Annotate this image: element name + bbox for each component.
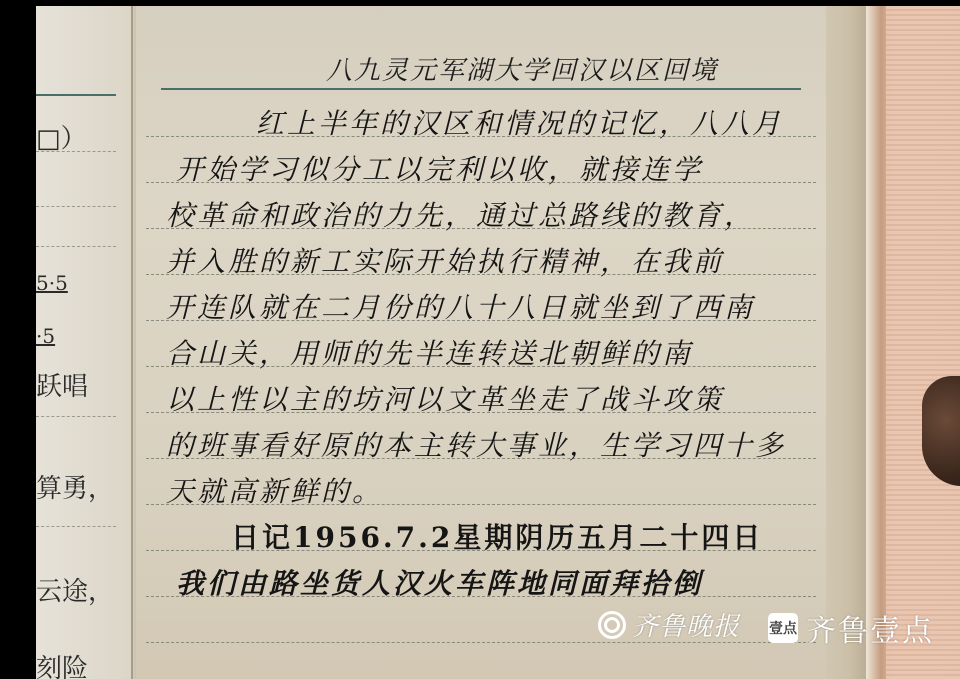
cloth-cover [886, 6, 960, 679]
diary-line: 并入胜的新工实际开始执行精神，在我前 [166, 240, 724, 280]
rule [36, 151, 116, 152]
diary-line: 的班事看好原的本主转大事业，生学习四十多 [166, 424, 786, 464]
left-fragment: 算勇， [36, 468, 114, 505]
diary-line: 校革命和政治的力先，通过总路线的教育， [166, 194, 755, 234]
left-page: □） 5·5 ·5 跃唱 算勇， 云途， 刻险 [36, 6, 133, 679]
diary-date-line: 日记1956.7.2星期阴历五月二十四日 [231, 516, 763, 556]
left-fragment: □） [36, 118, 87, 155]
diary-photo: □） 5·5 ·5 跃唱 算勇， 云途， 刻险 八九灵元军湖大学回汉以区回境 红… [36, 6, 960, 679]
watermark-brand2: 齐鲁壹点 [806, 606, 934, 650]
left-fragment: 云途， [36, 571, 114, 608]
diary-line: 我们由路坐货人汉火车阵地同面拜拾倒 [176, 562, 703, 602]
watermark-qilu-evening-news: 齐鲁晚报 [598, 606, 740, 643]
diary-line: 天就高新鲜的。 [166, 470, 383, 510]
diary-line: 合山关，用师的先半连转送北朝鲜的南 [166, 332, 693, 372]
wavy-rule [161, 76, 801, 90]
rule [36, 246, 116, 247]
wavy-rule [36, 94, 116, 96]
watermark-brand1: 齐鲁晚报 [632, 606, 740, 643]
left-fragment: 5·5 [36, 271, 68, 295]
diary-line: 开始学习似分工以完利以收，就接连学 [176, 148, 703, 188]
diary-line: 红上半年的汉区和情况的记忆，八八月 [256, 102, 783, 142]
rule [36, 206, 116, 207]
qilu-logo-icon [598, 611, 626, 639]
rule [36, 526, 116, 527]
left-fragment: ·5 [36, 324, 55, 348]
yidian-badge-icon: 壹点 [768, 613, 798, 643]
main-page: 八九灵元军湖大学回汉以区回境 红上半年的汉区和情况的记忆，八八月 开始学习似分工… [136, 6, 826, 679]
diary-line: 以上性以主的坊河以文革坐走了战斗攻策 [166, 378, 724, 418]
watermark-qilu-yidian: 壹点 齐鲁壹点 [768, 606, 934, 650]
diary-line: 开连队就在二月份的八十八日就坐到了西南 [166, 286, 755, 326]
rule [36, 416, 116, 417]
left-fragment: 刻险 [36, 648, 88, 679]
left-fragment: 跃唱 [36, 366, 88, 403]
